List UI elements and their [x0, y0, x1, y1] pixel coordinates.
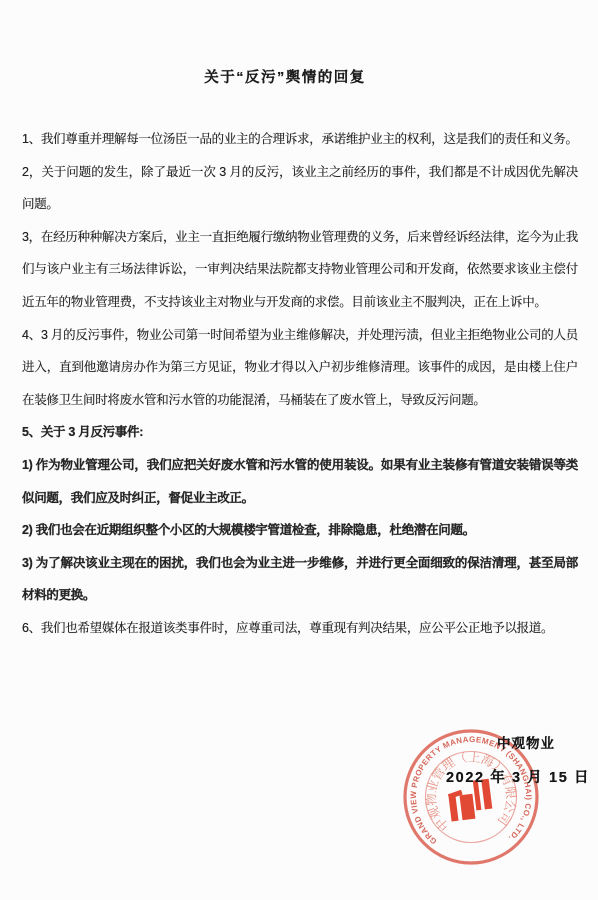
signer-company-name: 中观物业	[497, 732, 555, 752]
document-title: 关于“反污”舆情的回复	[0, 66, 570, 87]
paragraph-5-item-1: 1) 作为物业管理公司，我们应把关好废水管和污水管的使用装设。如果有业主装修有管…	[22, 449, 578, 514]
paragraph-3: 3，在经历种种解决方案后，业主一直拒绝履行缴纳物业管理费的义务，后来曾经诉经法律…	[22, 221, 578, 319]
signature-date: 2022 年 3 月 15 日	[446, 766, 590, 787]
seal-text-cn: 中观物业管理（上海）有限公司	[423, 749, 518, 834]
paragraph-5-item-3: 3) 为了解决该业主现在的困扰，我们也会为业主进一步维修，并进行更全面细致的保洁…	[22, 547, 578, 612]
paragraph-4: 4、3 月的反污事件，物业公司第一时间希望为业主维修解决，并处理污渍，但业主拒绝…	[22, 319, 578, 417]
paragraph-6: 6、我们也希望媒体在报道该类事件时，应尊重司法，尊重现有判决结果，应公平公正地予…	[22, 612, 578, 645]
document-page: 关于“反污”舆情的回复 1、我们尊重并理解每一位汤臣一品的业主的合理诉求，承诺维…	[0, 0, 598, 900]
signature-block: GRAND VIEW PROPERTY MANAGEMENT (SHANGHAI…	[380, 705, 598, 900]
paragraph-5-item-2: 2) 我们也会在近期组织整个小区的大规模楼宇管道检查，排除隐患，杜绝潜在问题。	[22, 514, 578, 547]
paragraph-2: 2，关于问题的发生，除了最近一次 3 月的反污，该业主之前经历的事件，我们都是不…	[22, 156, 578, 221]
paragraph-5-heading: 5、关于 3 月反污事件:	[22, 416, 578, 449]
document-body: 1、我们尊重并理解每一位汤臣一品的业主的合理诉求，承诺维护业主的权利，这是我们的…	[22, 123, 578, 645]
paragraph-1: 1、我们尊重并理解每一位汤臣一品的业主的合理诉求，承诺维护业主的权利，这是我们的…	[22, 123, 578, 156]
